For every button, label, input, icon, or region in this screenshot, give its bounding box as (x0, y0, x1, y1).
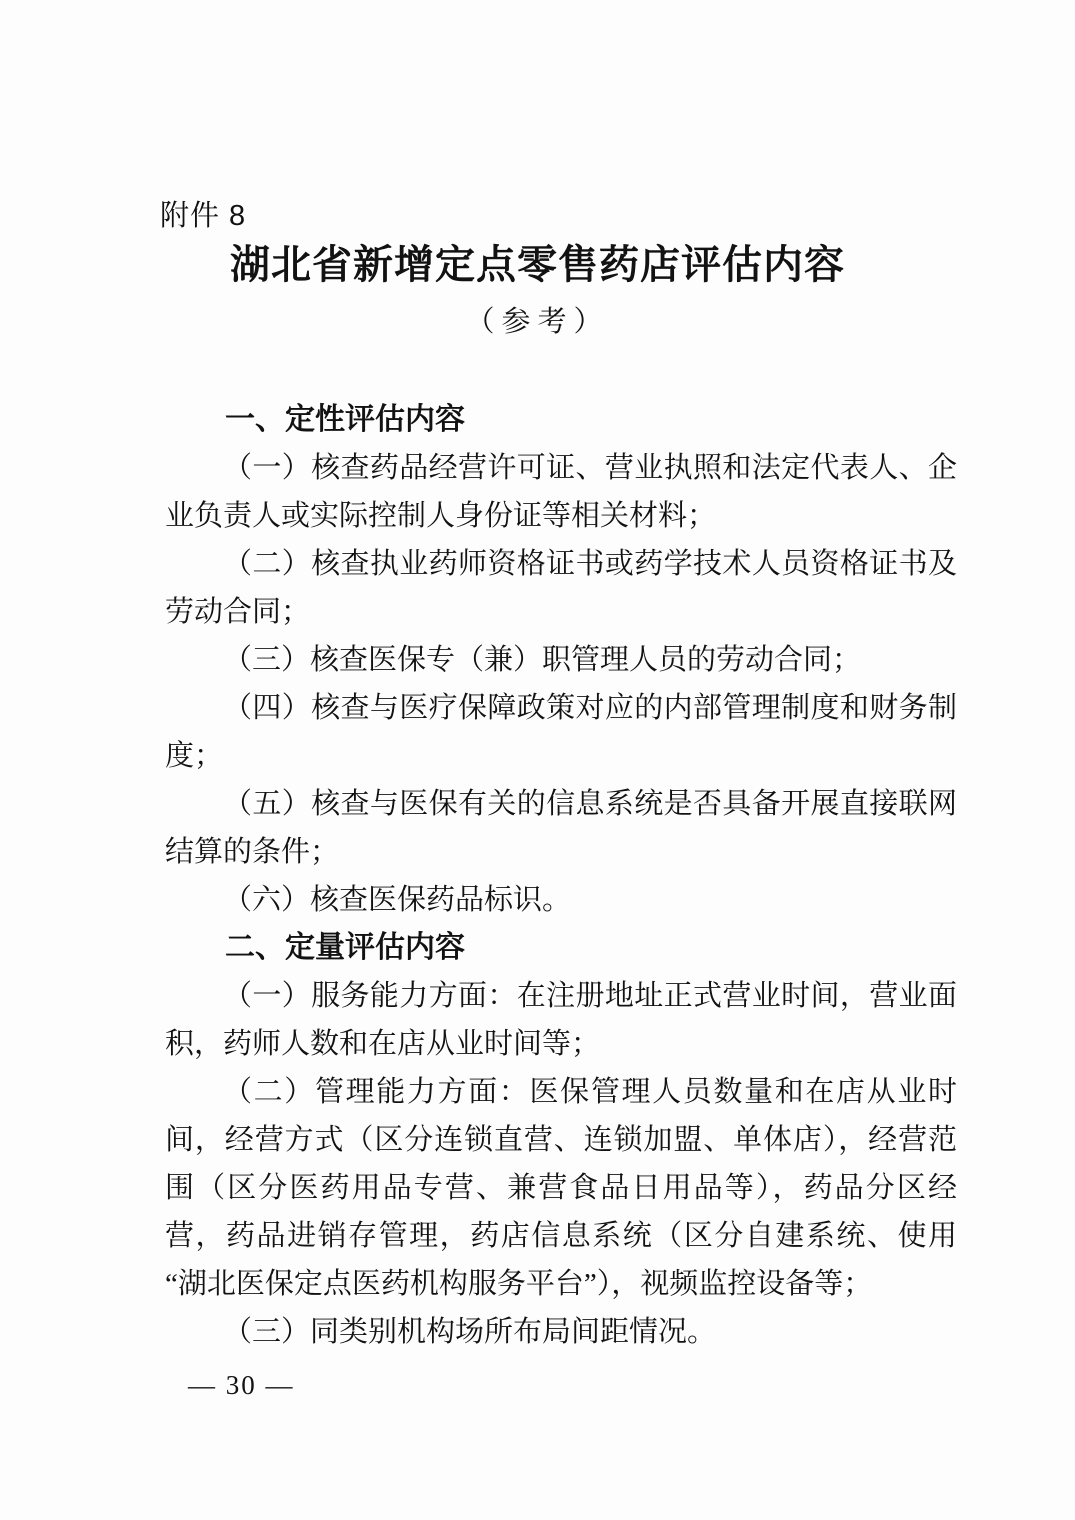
paragraph-qualitative-6: （六）核查医保药品标识。 (165, 876, 957, 924)
paragraph-quantitative-3: （三）同类别机构场所布局间距情况。 (165, 1308, 957, 1356)
paragraph-qualitative-3: （三）核查医保专（兼）职管理人员的劳动合同； (165, 636, 957, 684)
attachment-label: 附件 8 (160, 198, 246, 236)
paragraph-qualitative-2: （二）核查执业药师资格证书或药学技术人员资格证书及劳动合同； (165, 540, 957, 636)
paragraph-qualitative-4: （四）核查与医疗保障政策对应的内部管理制度和财务制度； (165, 684, 957, 780)
page-number: — 30 — (188, 1370, 295, 1401)
section-heading-qualitative: 一、定性评估内容 (165, 396, 957, 444)
document-subtitle: （参考） (0, 304, 1075, 342)
section-heading-quantitative: 二、定量评估内容 (165, 924, 957, 972)
document-title: 湖北省新增定点零售药店评估内容 (0, 240, 1075, 290)
paragraph-qualitative-1: （一）核查药品经营许可证、营业执照和法定代表人、企业负责人或实际控制人身份证等相… (165, 444, 957, 540)
paragraph-quantitative-1: （一）服务能力方面：在注册地址正式营业时间，营业面积，药师人数和在店从业时间等； (165, 972, 957, 1068)
document-page: 附件 8 湖北省新增定点零售药店评估内容 （参考） 一、定性评估内容 （一）核查… (0, 0, 1075, 1520)
paragraph-quantitative-2: （二）管理能力方面：医保管理人员数量和在店从业时间，经营方式（区分连锁直营、连锁… (165, 1068, 957, 1308)
document-body: 一、定性评估内容 （一）核查药品经营许可证、营业执照和法定代表人、企业负责人或实… (165, 396, 957, 1356)
paragraph-qualitative-5: （五）核查与医保有关的信息系统是否具备开展直接联网结算的条件； (165, 780, 957, 876)
